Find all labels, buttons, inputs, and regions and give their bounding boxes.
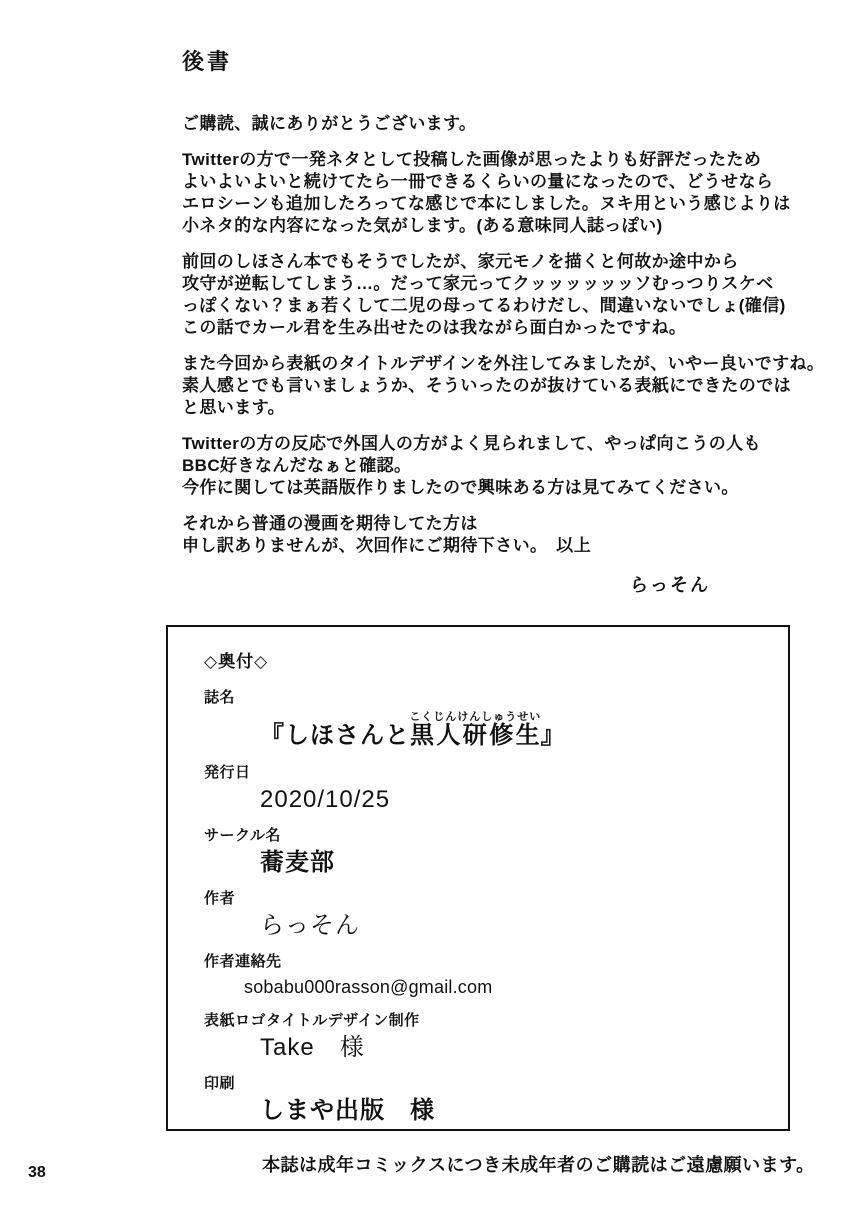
- afterword-line: エロシーンも追加したろってな感じで本にしました。ヌキ用という感じよりは: [182, 193, 822, 215]
- book-title-ruby: 黒人研修生こくじんけんしゅうせい: [410, 722, 541, 749]
- entry-label: 表紙ロゴタイトルデザイン制作: [204, 1012, 768, 1029]
- signature-row: らっそん: [182, 571, 822, 593]
- afterword-line: BBC好きなんだなぁと確認。: [182, 455, 822, 477]
- afterword-line: っぽくない？まぁ若くして二児の母ってるわけだし、間違いないでしょ(確信): [182, 295, 822, 317]
- afterword-line: それから普通の漫画を期待してた方は: [182, 513, 822, 535]
- afterword-line: 小ネタ的な内容になった気がします。(ある意味同人誌っぽい): [182, 215, 822, 237]
- colophon-entry-date: 発行日 2020/10/25: [204, 764, 768, 814]
- colophon-box: ◇奥付◇ 誌名 『しほさんと黒人研修生こくじんけんしゅうせい』 発行日 2020…: [166, 625, 790, 1131]
- page-title: 後書: [182, 45, 822, 76]
- afterword-line: 前回のしほさん本でもそうでしたが、家元モノを描くと何故か途中から: [182, 251, 822, 273]
- entry-label: 誌名: [204, 689, 768, 706]
- printer-name: しまや出版 様: [260, 1097, 768, 1125]
- colophon-title: ◇奥付◇: [204, 651, 768, 673]
- entry-label: 作者連絡先: [204, 953, 768, 970]
- afterword-line: 攻守が逆転してしまう…。だって家元ってクッッッッッッソむっつりスケベ: [182, 273, 822, 295]
- book-title: 『しほさんと黒人研修生こくじんけんしゅうせい』: [260, 711, 768, 751]
- entry-label: サークル名: [204, 827, 768, 844]
- colophon-entry-cover-design: 表紙ロゴタイトルデザイン制作 Take 様: [204, 1012, 768, 1062]
- afterword-line: ご購読、誠にありがとうございます。: [182, 113, 822, 135]
- afterword-line: Twitterの方の反応で外国人の方がよく見られまして、やっぱ向こうの人も: [182, 433, 822, 455]
- afterword-paragraph: Twitterの方で一発ネタとして投稿した画像が思ったよりも好評だったため よい…: [182, 149, 822, 237]
- afterword-page: 後書 ご購読、誠にありがとうございます。 Twitterの方で一発ネタとして投稿…: [0, 0, 860, 1214]
- cover-designer: Take 様: [260, 1034, 768, 1062]
- entry-label: 作者: [204, 890, 768, 907]
- colophon-entry-title: 誌名 『しほさんと黒人研修生こくじんけんしゅうせい』: [204, 689, 768, 751]
- colophon-entry-author: 作者 らっそん: [204, 890, 768, 940]
- entry-label: 印刷: [204, 1075, 768, 1092]
- book-title-main: 黒人研修生: [409, 722, 541, 749]
- afterword-paragraph: 前回のしほさん本でもそうでしたが、家元モノを描くと何故か途中から 攻守が逆転して…: [182, 251, 822, 339]
- afterword-line: Twitterの方で一発ネタとして投稿した画像が思ったよりも好評だったため: [182, 149, 822, 171]
- page-number: 38: [28, 1164, 46, 1182]
- afterword-line: 申し訳ありませんが、次回作にご期待下さい。 以上: [182, 535, 822, 557]
- author-signature: らっそん: [630, 571, 710, 597]
- colophon-entry-printer: 印刷 しまや出版 様: [204, 1075, 768, 1125]
- book-title-suffix: 』: [541, 722, 566, 749]
- afterword-paragraph: また今回から表紙のタイトルデザインを外注してみましたが、いやー良いですね。 素人…: [182, 353, 822, 419]
- contact-email: sobabu000rasson@gmail.com: [244, 975, 768, 999]
- afterword-section: 後書 ご購読、誠にありがとうございます。 Twitterの方で一発ネタとして投稿…: [182, 45, 822, 593]
- afterword-line: 今作に関しては英語版作りましたので興味ある方は見てみてください。: [182, 477, 822, 499]
- publish-date: 2020/10/25: [260, 786, 768, 814]
- author-name: らっそん: [260, 912, 768, 940]
- afterword-line: この話でカール君を生み出せたのは我ながら面白かったですね。: [182, 317, 822, 339]
- colophon-entry-circle: サークル名 蕎麦部: [204, 827, 768, 877]
- afterword-line: よいよいよいと続けてたら一冊できるくらいの量になったので、どうせなら: [182, 171, 822, 193]
- book-title-furigana: こくじんけんしゅうせい: [409, 711, 541, 723]
- afterword-line: と思います。: [182, 397, 822, 419]
- afterword-paragraph: Twitterの方の反応で外国人の方がよく見られまして、やっぱ向こうの人も BB…: [182, 433, 822, 499]
- adult-disclaimer: 本誌は成年コミックスにつき未成年者のご購読はご遠慮願います。: [262, 1151, 860, 1177]
- circle-name: 蕎麦部: [260, 849, 768, 877]
- afterword-paragraph: それから普通の漫画を期待してた方は 申し訳ありませんが、次回作にご期待下さい。 …: [182, 513, 822, 557]
- book-title-prefix: 『しほさんと: [260, 722, 410, 749]
- entry-label: 発行日: [204, 764, 768, 781]
- afterword-line: また今回から表紙のタイトルデザインを外注してみましたが、いやー良いですね。: [182, 353, 822, 375]
- afterword-line: 素人感とでも言いましょうか、そういったのが抜けている表紙にできたのでは: [182, 375, 822, 397]
- afterword-paragraph: ご購読、誠にありがとうございます。: [182, 113, 822, 135]
- colophon-entry-contact: 作者連絡先 sobabu000rasson@gmail.com: [204, 953, 768, 999]
